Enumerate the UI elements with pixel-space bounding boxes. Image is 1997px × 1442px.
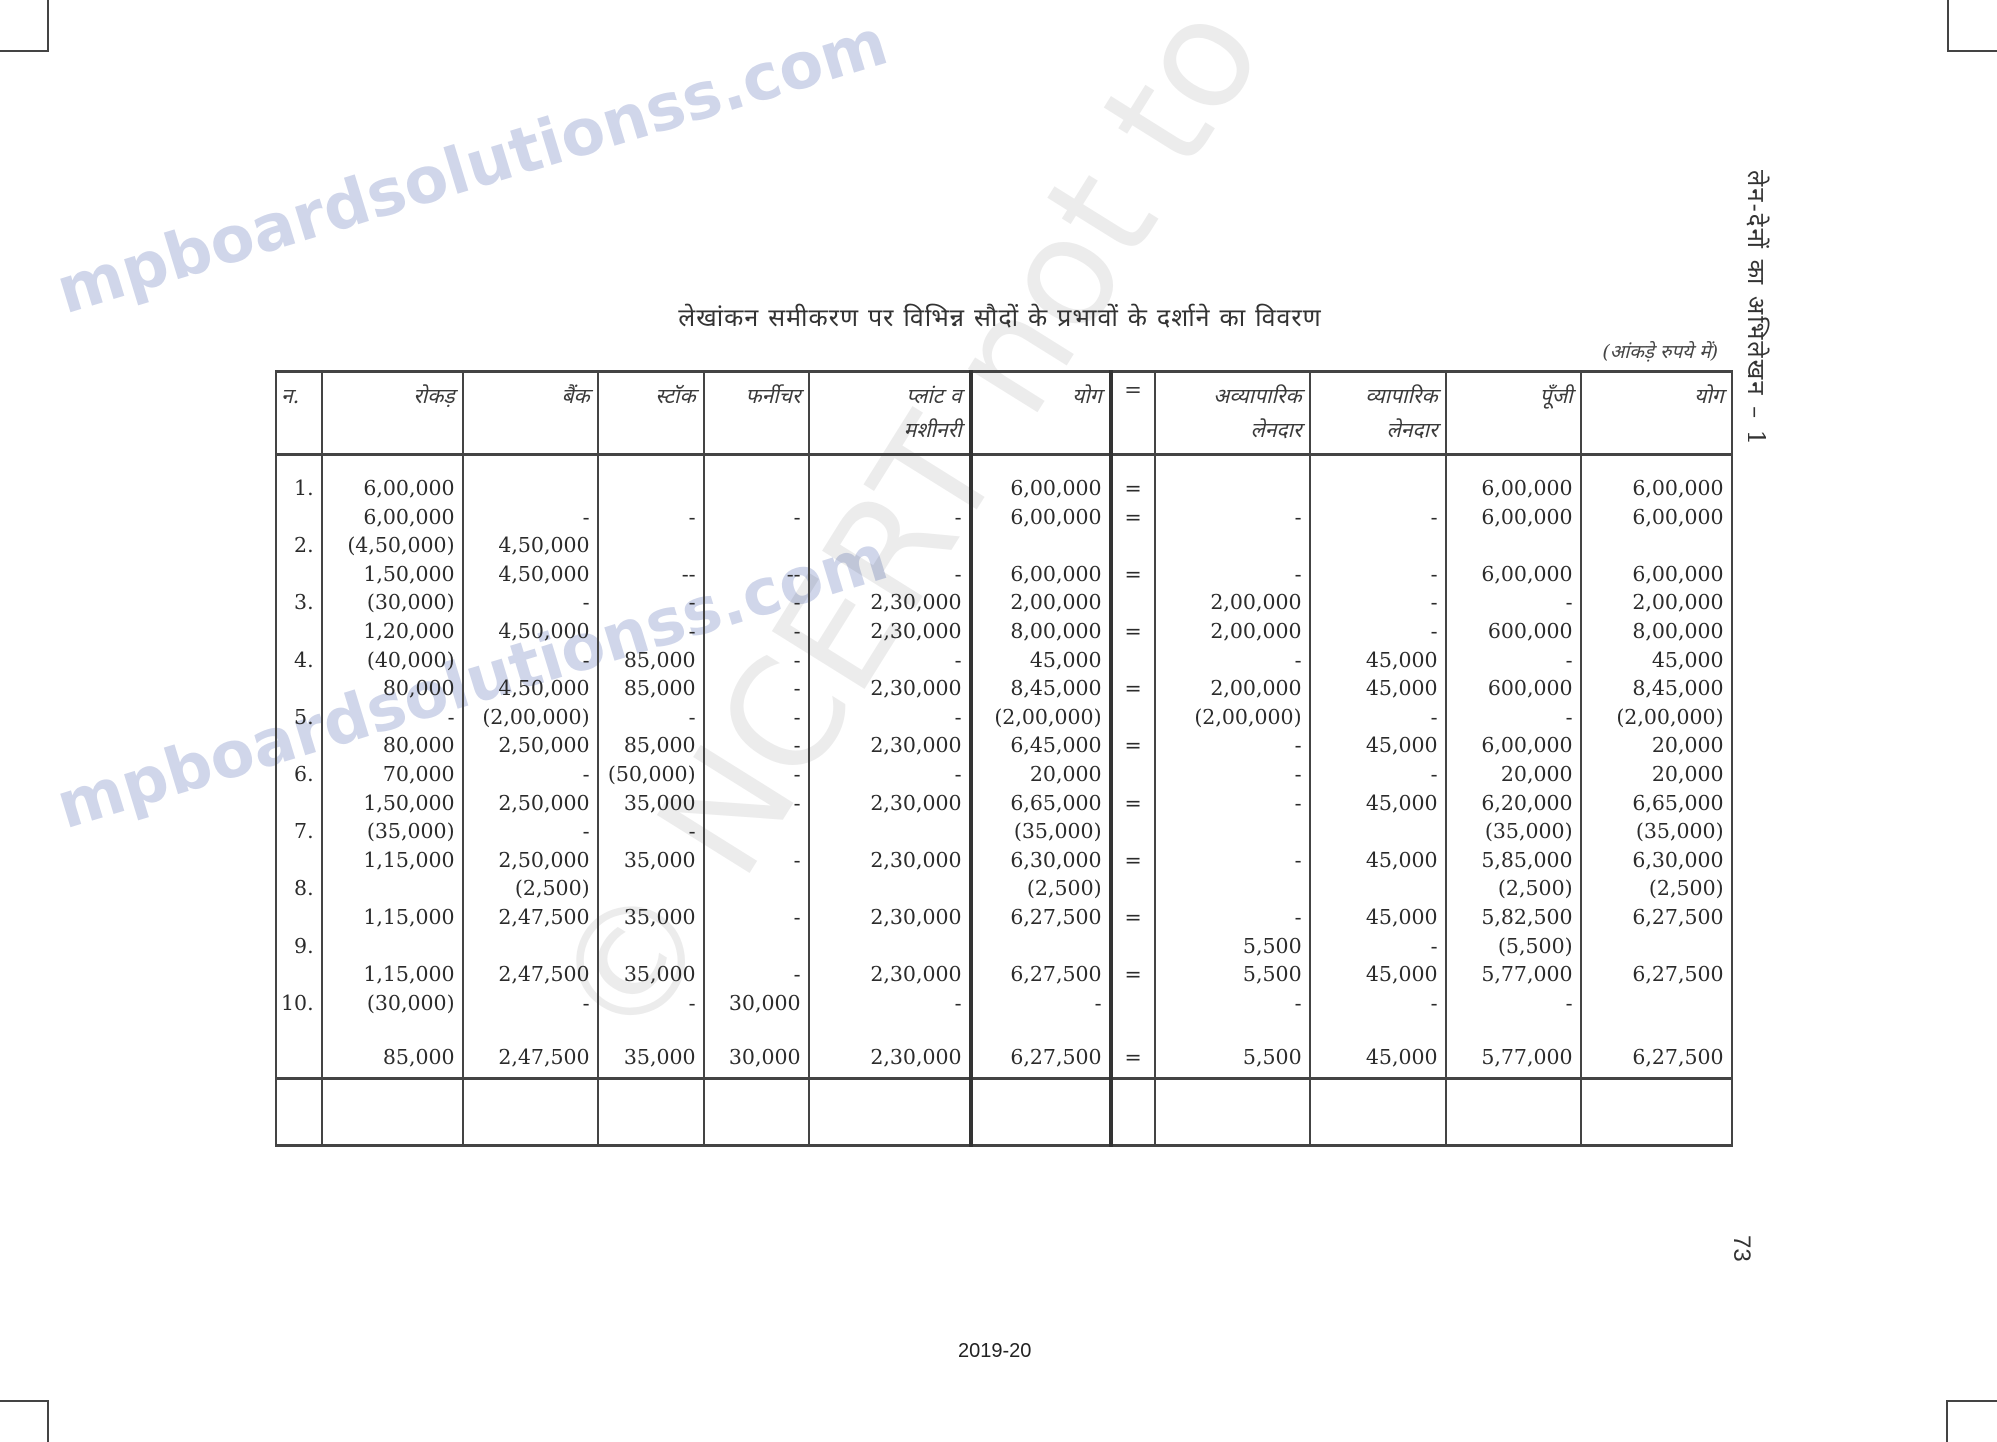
table-cell: 2,47,500 <box>463 960 598 989</box>
table-cell: - <box>463 989 598 1018</box>
table-cell <box>598 455 704 475</box>
table-cell <box>1446 455 1581 475</box>
table-cell: - <box>704 789 809 818</box>
table-cell <box>1111 932 1155 961</box>
table-cell: - <box>322 703 463 732</box>
crop-mark-top-right <box>1947 0 1997 52</box>
running-head: लेन-देनों का अभिलेखन – 1 <box>1740 170 1773 447</box>
table-cell: 2,50,000 <box>463 789 598 818</box>
table-cell: 80,000 <box>322 674 463 703</box>
table-cell: (35,000) <box>1446 817 1581 846</box>
table-cell <box>1310 531 1446 560</box>
table-cell: 2,00,000 <box>1155 588 1310 617</box>
table-cell: - <box>704 846 809 875</box>
table-cell: 45,000 <box>1310 789 1446 818</box>
table-cell: 4,50,000 <box>463 531 598 560</box>
table-cell: 6,00,000 <box>1446 474 1581 503</box>
table-row: 4.(40,000)-85,000--45,000-45,000-45,000 <box>276 646 1732 675</box>
table-cell <box>1581 932 1732 961</box>
table-cell: 2,30,000 <box>809 789 971 818</box>
table-cell: - <box>1446 646 1581 675</box>
table-cell: - <box>463 588 598 617</box>
table-cell: (40,000) <box>322 646 463 675</box>
table-cell: 6,30,000 <box>971 846 1111 875</box>
accounting-equation-table: न.रोकड़बैंकस्टॉकफर्नीचरप्लांट वमशीनरीयोग… <box>275 370 1733 1147</box>
table-cell: 6,65,000 <box>1581 789 1732 818</box>
table-cell: 1,15,000 <box>322 846 463 875</box>
table-cell: - <box>971 989 1111 1018</box>
table-cell: (2,500) <box>1581 874 1732 903</box>
table-cell: - <box>1310 760 1446 789</box>
table-cell <box>704 455 809 475</box>
table-cell: 30,000 <box>704 989 809 1018</box>
table-cell: - <box>704 674 809 703</box>
table-cell <box>1446 1017 1581 1037</box>
table-cell: 30,000 <box>704 1037 809 1079</box>
table-cell: 2. <box>276 531 322 560</box>
table-cell: (35,000) <box>971 817 1111 846</box>
table-cell: 1. <box>276 474 322 503</box>
table-cell: 6,27,500 <box>1581 903 1732 932</box>
table-cell: 600,000 <box>1446 617 1581 646</box>
table-cell: 2,50,000 <box>463 731 598 760</box>
table-cell: 6,00,000 <box>1446 560 1581 589</box>
table-cell: - <box>809 560 971 589</box>
table-cell: 2,30,000 <box>809 903 971 932</box>
table-row: 1,50,0004,50,000-----6,00,000=--6,00,000… <box>276 560 1732 589</box>
table-cell: 10. <box>276 989 322 1018</box>
table-cell: 6,20,000 <box>1446 789 1581 818</box>
table-row: 80,0004,50,00085,000-2,30,0008,45,000=2,… <box>276 674 1732 703</box>
table-cell: 70,000 <box>322 760 463 789</box>
table-cell: 6,45,000 <box>971 731 1111 760</box>
table-cell: - <box>704 617 809 646</box>
table-cell: 2,30,000 <box>809 1037 971 1079</box>
table-cell <box>1581 1017 1732 1037</box>
table-cell: 2,30,000 <box>809 617 971 646</box>
table-cell <box>1111 531 1155 560</box>
table-cell: 1,50,000 <box>322 560 463 589</box>
table-cell: 6,00,000 <box>1446 503 1581 532</box>
table-cell: - <box>598 503 704 532</box>
table-cell: 2,30,000 <box>809 960 971 989</box>
table-cell: = <box>1111 731 1155 760</box>
table-cell <box>1155 817 1310 846</box>
table-cell: 20,000 <box>1581 731 1732 760</box>
table-cell: 2,00,000 <box>971 588 1111 617</box>
spacer-row <box>276 455 1732 475</box>
table-cell: 45,000 <box>1310 674 1446 703</box>
table-title: लेखांकन समीकरण पर विभिन्न सौदों के प्रभा… <box>640 300 1360 334</box>
table-cell <box>809 531 971 560</box>
table-cell: 1,20,000 <box>322 617 463 646</box>
table-cell <box>1111 1017 1155 1037</box>
table-cell: 4. <box>276 646 322 675</box>
table-cell: 5,500 <box>1155 1037 1310 1079</box>
table-cell: 45,000 <box>1310 903 1446 932</box>
table-cell <box>1111 874 1155 903</box>
table-cell <box>1155 874 1310 903</box>
table-cell <box>704 531 809 560</box>
table-cell: 2,47,500 <box>463 903 598 932</box>
table-cell: (2,00,000) <box>971 703 1111 732</box>
table-cell <box>598 474 704 503</box>
table-cell <box>463 1017 598 1037</box>
table-cell: = <box>1111 560 1155 589</box>
table-cell <box>1310 474 1446 503</box>
table-cell: 6,00,000 <box>971 474 1111 503</box>
table-cell <box>276 731 322 760</box>
table-cell: 2,30,000 <box>809 674 971 703</box>
crop-mark-top-left <box>0 0 49 52</box>
column-header: न. <box>276 372 322 455</box>
table-cell: - <box>598 588 704 617</box>
table-cell: 1,50,000 <box>322 789 463 818</box>
table-cell <box>1581 455 1732 475</box>
table-cell: 2,00,000 <box>1581 588 1732 617</box>
table-cell <box>463 1079 598 1146</box>
table-cell <box>276 1079 322 1146</box>
table-cell: 6,65,000 <box>971 789 1111 818</box>
table-cell: (4,50,000) <box>322 531 463 560</box>
table-cell: - <box>704 588 809 617</box>
footer-year: 2019-20 <box>958 1340 1031 1363</box>
table-cell: 45,000 <box>1310 1037 1446 1079</box>
table-cell: 1,15,000 <box>322 960 463 989</box>
table-cell <box>276 560 322 589</box>
table-cell <box>1310 817 1446 846</box>
table-cell: 5,500 <box>1155 932 1310 961</box>
table-row: 1,20,0004,50,000--2,30,0008,00,000=2,00,… <box>276 617 1732 646</box>
unit-note: (आंकड़े रुपये में) <box>1540 338 1718 364</box>
page-number: 73 <box>1727 1235 1755 1262</box>
table-row: 1,15,0002,50,00035,000-2,30,0006,30,000=… <box>276 846 1732 875</box>
table-cell <box>971 932 1111 961</box>
table-cell: 8,00,000 <box>971 617 1111 646</box>
table-cell: - <box>704 960 809 989</box>
table-cell <box>1155 455 1310 475</box>
table-cell: 85,000 <box>598 674 704 703</box>
table-cell <box>322 1017 463 1037</box>
table-cell: 5,85,000 <box>1446 846 1581 875</box>
table-cell: 6,00,000 <box>971 503 1111 532</box>
table-cell: (2,00,000) <box>1581 703 1732 732</box>
column-header: प्लांट वमशीनरी <box>809 372 971 455</box>
table-cell: 6,27,500 <box>971 960 1111 989</box>
table-cell: 45,000 <box>1581 646 1732 675</box>
table-row: 6,00,000----6,00,000=--6,00,0006,00,000 <box>276 503 1732 532</box>
table-cell: 45,000 <box>1310 846 1446 875</box>
table-row: 80,0002,50,00085,000-2,30,0006,45,000=-4… <box>276 731 1732 760</box>
table-cell: - <box>704 760 809 789</box>
table-cell <box>1111 588 1155 617</box>
table-cell: 6,30,000 <box>1581 846 1732 875</box>
table-cell <box>322 874 463 903</box>
table-cell: - <box>809 989 971 1018</box>
table-cell: - <box>463 646 598 675</box>
table-cell <box>809 1017 971 1037</box>
table-cell: (2,00,000) <box>1155 703 1310 732</box>
table-cell: 20,000 <box>1446 760 1581 789</box>
table-cell <box>971 455 1111 475</box>
table-cell: - <box>598 817 704 846</box>
table-cell: - <box>704 503 809 532</box>
table-cell <box>704 817 809 846</box>
table-cell <box>598 1017 704 1037</box>
column-header: पूँजी <box>1446 372 1581 455</box>
total-row: 85,0002,47,50035,00030,0002,30,0006,27,5… <box>276 1037 1732 1079</box>
table-cell: - <box>1155 646 1310 675</box>
table-cell: - <box>1310 989 1446 1018</box>
table-row: 1,50,0002,50,00035,000-2,30,0006,65,000=… <box>276 789 1732 818</box>
table-cell: - <box>463 760 598 789</box>
table-cell: 4,50,000 <box>463 560 598 589</box>
column-header: योग <box>1581 372 1732 455</box>
table-cell: - <box>1446 989 1581 1018</box>
table-cell: 1,15,000 <box>322 903 463 932</box>
table-cell <box>463 455 598 475</box>
table-cell <box>322 455 463 475</box>
table-cell: 35,000 <box>598 903 704 932</box>
table-cell <box>463 474 598 503</box>
table-cell: = <box>1111 789 1155 818</box>
table-cell: = <box>1111 503 1155 532</box>
table-cell <box>1310 1079 1446 1146</box>
crop-mark-bottom-left <box>0 1400 49 1442</box>
table-cell: 3. <box>276 588 322 617</box>
table-cell: 5,82,500 <box>1446 903 1581 932</box>
table-cell <box>971 1079 1111 1146</box>
column-header: योग <box>971 372 1111 455</box>
table-cell <box>704 474 809 503</box>
table-cell: (30,000) <box>322 989 463 1018</box>
table-cell <box>1310 874 1446 903</box>
table-cell: - <box>1155 989 1310 1018</box>
table-row: 1,15,0002,47,50035,000-2,30,0006,27,500=… <box>276 903 1732 932</box>
table-cell: 45,000 <box>1310 731 1446 760</box>
table-cell <box>276 1037 322 1079</box>
table-cell: - <box>598 703 704 732</box>
table-cell: - <box>1155 789 1310 818</box>
table-cell: - <box>1310 703 1446 732</box>
table-cell: 2,50,000 <box>463 846 598 875</box>
table-cell <box>598 1079 704 1146</box>
table-cell: 85,000 <box>598 646 704 675</box>
table-cell: 35,000 <box>598 1037 704 1079</box>
crop-mark-bottom-right <box>1946 1400 1997 1442</box>
table-cell: - <box>809 646 971 675</box>
table-cell: = <box>1111 617 1155 646</box>
table-cell <box>809 817 971 846</box>
table-cell: 6,27,500 <box>971 1037 1111 1079</box>
table-cell: = <box>1111 474 1155 503</box>
table-cell <box>704 1017 809 1037</box>
table-cell: 7. <box>276 817 322 846</box>
table-cell: - <box>704 703 809 732</box>
table-cell: 8,45,000 <box>1581 674 1732 703</box>
table-row: 1.6,00,0006,00,000=6,00,0006,00,000 <box>276 474 1732 503</box>
table-cell: - <box>1446 588 1581 617</box>
table-cell: - <box>1310 503 1446 532</box>
table-cell: 6,00,000 <box>1581 560 1732 589</box>
table-cell: - <box>1446 703 1581 732</box>
table-cell <box>1310 455 1446 475</box>
table-cell: - <box>1155 903 1310 932</box>
table-header-row: न.रोकड़बैंकस्टॉकफर्नीचरप्लांट वमशीनरीयोग… <box>276 372 1732 455</box>
table-cell: = <box>1111 846 1155 875</box>
table-cell: 8,00,000 <box>1581 617 1732 646</box>
table-cell: - <box>809 703 971 732</box>
table-cell: (50,000) <box>598 760 704 789</box>
table-cell: 35,000 <box>598 846 704 875</box>
table-cell: = <box>1111 674 1155 703</box>
table-cell <box>276 455 322 475</box>
table-cell: - <box>1310 932 1446 961</box>
table-cell: = <box>1111 960 1155 989</box>
table-cell <box>1155 1079 1310 1146</box>
table-cell <box>809 932 971 961</box>
table-cell: (35,000) <box>1581 817 1732 846</box>
table-cell: (5,500) <box>1446 932 1581 961</box>
table-cell <box>598 874 704 903</box>
table-cell <box>1111 455 1155 475</box>
table-cell: - <box>598 617 704 646</box>
table-cell: - <box>704 731 809 760</box>
table-cell <box>276 503 322 532</box>
table-cell <box>598 531 704 560</box>
table-cell <box>276 1017 322 1037</box>
table-cell: 6,00,000 <box>322 474 463 503</box>
table-cell <box>1581 531 1732 560</box>
table-cell <box>809 1079 971 1146</box>
table-cell <box>276 960 322 989</box>
table-cell <box>809 474 971 503</box>
table-cell <box>1446 531 1581 560</box>
table-cell: - <box>1310 560 1446 589</box>
table-cell: 6,00,000 <box>322 503 463 532</box>
column-header: व्यापारिकलेनदार <box>1310 372 1446 455</box>
watermark-site: mpboardsolutionss.com <box>48 6 895 329</box>
table-cell: 6,27,500 <box>1581 960 1732 989</box>
table-cell <box>276 903 322 932</box>
column-header: स्टॉक <box>598 372 704 455</box>
table-cell: 5,77,000 <box>1446 960 1581 989</box>
table-cell: 45,000 <box>1310 960 1446 989</box>
table-cell: 8,45,000 <box>971 674 1111 703</box>
table-cell <box>1111 1079 1155 1146</box>
table-cell: 20,000 <box>1581 760 1732 789</box>
table-cell <box>704 1079 809 1146</box>
table-cell <box>809 455 971 475</box>
table-cell: - <box>704 646 809 675</box>
table-cell: 6,00,000 <box>1581 503 1732 532</box>
table-row: 8.(2,500)(2,500)(2,500)(2,500) <box>276 874 1732 903</box>
column-header: अव्यापारिकलेनदार <box>1155 372 1310 455</box>
table-cell: = <box>1111 1037 1155 1079</box>
table-row: 5.-(2,00,000)---(2,00,000)(2,00,000)--(2… <box>276 703 1732 732</box>
table-cell: 6,00,000 <box>1446 731 1581 760</box>
table-cell: - <box>809 760 971 789</box>
table-cell: - <box>1310 617 1446 646</box>
table-cell: (35,000) <box>322 817 463 846</box>
table-cell <box>1111 817 1155 846</box>
table-row: 2.(4,50,000)4,50,000 <box>276 531 1732 560</box>
table-row: 10.(30,000)--30,000----- <box>276 989 1732 1018</box>
table-cell: 2,30,000 <box>809 588 971 617</box>
table-cell: (30,000) <box>322 588 463 617</box>
table-cell <box>704 874 809 903</box>
table-cell <box>1581 989 1732 1018</box>
table-cell: 2,30,000 <box>809 846 971 875</box>
table-cell <box>276 674 322 703</box>
table-cell <box>1581 1079 1732 1146</box>
table-cell: - <box>1155 503 1310 532</box>
table-cell: (2,500) <box>971 874 1111 903</box>
table-cell: 6,00,000 <box>1581 474 1732 503</box>
table-cell: (2,500) <box>463 874 598 903</box>
table-cell <box>276 617 322 646</box>
table-cell <box>1155 531 1310 560</box>
table-cell <box>971 531 1111 560</box>
table-cell: 600,000 <box>1446 674 1581 703</box>
empty-row <box>276 1079 1732 1146</box>
table-cell <box>971 1017 1111 1037</box>
table-row: 3.(30,000)---2,30,0002,00,0002,00,000--2… <box>276 588 1732 617</box>
table-cell: 4,50,000 <box>463 617 598 646</box>
table-cell: 8. <box>276 874 322 903</box>
table-cell: -- <box>704 560 809 589</box>
table-cell: 5. <box>276 703 322 732</box>
column-header: रोकड़ <box>322 372 463 455</box>
table-cell <box>322 932 463 961</box>
table-row: 9.5,500-(5,500) <box>276 932 1732 961</box>
table-cell <box>1111 703 1155 732</box>
table-cell: 6,00,000 <box>971 560 1111 589</box>
table-cell <box>598 932 704 961</box>
table-cell <box>463 932 598 961</box>
column-header: = <box>1111 372 1155 455</box>
table-cell <box>1111 646 1155 675</box>
table-cell: - <box>463 817 598 846</box>
table-cell <box>322 1079 463 1146</box>
table-cell: 6,27,500 <box>1581 1037 1732 1079</box>
table-cell: - <box>1155 760 1310 789</box>
table-cell <box>1310 1017 1446 1037</box>
table-cell: (2,500) <box>1446 874 1581 903</box>
table-cell <box>1155 1017 1310 1037</box>
table-cell: = <box>1111 903 1155 932</box>
table-cell: 45,000 <box>971 646 1111 675</box>
table-cell: (2,00,000) <box>463 703 598 732</box>
table-cell: - <box>463 503 598 532</box>
column-header: बैंक <box>463 372 598 455</box>
table-cell: 35,000 <box>598 960 704 989</box>
table-cell <box>1155 474 1310 503</box>
table-cell: 4,50,000 <box>463 674 598 703</box>
table-cell: 45,000 <box>1310 646 1446 675</box>
table-cell: - <box>598 989 704 1018</box>
table-cell: - <box>1155 846 1310 875</box>
gap-row <box>276 1017 1732 1037</box>
table-cell: - <box>809 503 971 532</box>
table-cell: 20,000 <box>971 760 1111 789</box>
table-cell: - <box>1310 588 1446 617</box>
table-cell <box>276 846 322 875</box>
table-cell <box>809 874 971 903</box>
table-cell: 6,27,500 <box>971 903 1111 932</box>
table-cell: 2,00,000 <box>1155 617 1310 646</box>
table-row: 7.(35,000)--(35,000)(35,000)(35,000) <box>276 817 1732 846</box>
